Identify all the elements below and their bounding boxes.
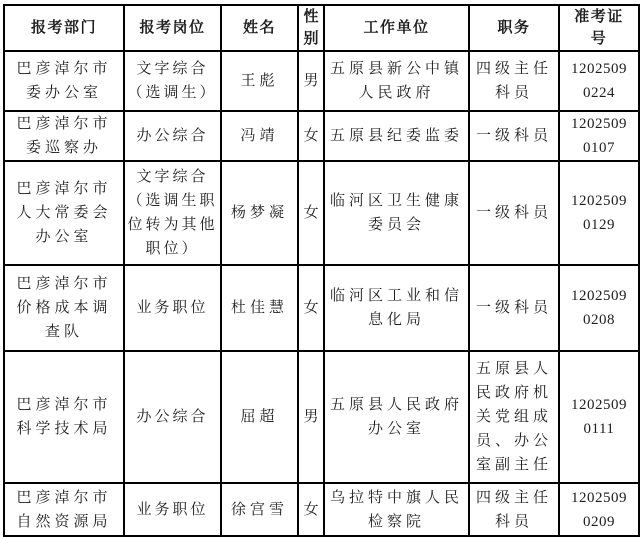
cell-name: 杜佳慧 [221, 265, 298, 351]
header-department: 报考部门 [4, 5, 124, 51]
header-name: 姓名 [221, 5, 298, 51]
cell-admission-no: 12025090209 [559, 483, 639, 536]
cell-department: 巴彦淖尔市科学技术局 [4, 351, 124, 483]
cell-department: 巴彦淖尔市自然资源局 [4, 483, 124, 536]
cell-department: 巴彦淖尔市人大常委会办公室 [4, 161, 124, 265]
cell-duty: 一级科员 [469, 111, 559, 161]
table-row: 巴彦淖尔市委巡察办 办公综合 冯靖 女 五原县纪委监委 一级科员 1202509… [4, 111, 639, 161]
cell-duty: 一级科员 [469, 161, 559, 265]
cell-name: 徐宫雪 [221, 483, 298, 536]
cell-gender: 女 [298, 161, 324, 265]
cell-position: 业务职位 [124, 483, 221, 536]
cell-duty: 一级科员 [469, 265, 559, 351]
cell-gender: 女 [298, 483, 324, 536]
cell-gender: 女 [298, 111, 324, 161]
cell-gender: 男 [298, 351, 324, 483]
cell-position: 办公综合 [124, 351, 221, 483]
cell-work-unit: 乌拉特中旗人民检察院 [324, 483, 469, 536]
cell-name: 屈超 [221, 351, 298, 483]
header-work-unit: 工作单位 [324, 5, 469, 51]
table-row: 巴彦淖尔市科学技术局 办公综合 屈超 男 五原县人民政府办公室 五原县人民政府机… [4, 351, 639, 483]
header-admission-no: 准考证号 [559, 5, 639, 51]
cell-gender: 男 [298, 51, 324, 111]
table-row: 巴彦淖尔市自然资源局 业务职位 徐宫雪 女 乌拉特中旗人民检察院 四级主任科员 … [4, 483, 639, 536]
cell-admission-no: 12025090107 [559, 111, 639, 161]
cell-work-unit: 五原县纪委监委 [324, 111, 469, 161]
cell-admission-no: 12025090129 [559, 161, 639, 265]
cell-position: 办公综合 [124, 111, 221, 161]
cell-department: 巴彦淖尔市价格成本调查队 [4, 265, 124, 351]
candidates-table: 报考部门 报考岗位 姓名 性别 工作单位 职务 准考证号 巴彦淖尔市委办公室 文… [3, 4, 640, 537]
header-duty: 职务 [469, 5, 559, 51]
cell-admission-no: 12025090224 [559, 51, 639, 111]
cell-work-unit: 临河区工业和信息化局 [324, 265, 469, 351]
cell-work-unit: 五原县人民政府办公室 [324, 351, 469, 483]
cell-admission-no: 12025090208 [559, 265, 639, 351]
cell-department: 巴彦淖尔市委巡察办 [4, 111, 124, 161]
cell-name: 杨梦凝 [221, 161, 298, 265]
cell-name: 冯靖 [221, 111, 298, 161]
cell-name: 王彪 [221, 51, 298, 111]
table-row: 巴彦淖尔市委办公室 文字综合（选调生） 王彪 男 五原县新公中镇人民政府 四级主… [4, 51, 639, 111]
document-page: 报考部门 报考岗位 姓名 性别 工作单位 职务 准考证号 巴彦淖尔市委办公室 文… [0, 0, 642, 534]
cell-admission-no: 12025090111 [559, 351, 639, 483]
header-row: 报考部门 报考岗位 姓名 性别 工作单位 职务 准考证号 [4, 5, 639, 51]
table-row: 巴彦淖尔市人大常委会办公室 文字综合（选调生职位转为其他职位） 杨梦凝 女 临河… [4, 161, 639, 265]
cell-duty: 五原县人民政府机关党组成员、办公室副主任 [469, 351, 559, 483]
cell-department: 巴彦淖尔市委办公室 [4, 51, 124, 111]
cell-gender: 女 [298, 265, 324, 351]
header-position: 报考岗位 [124, 5, 221, 51]
cell-duty: 四级主任科员 [469, 483, 559, 536]
cell-work-unit: 五原县新公中镇人民政府 [324, 51, 469, 111]
cell-work-unit: 临河区卫生健康委员会 [324, 161, 469, 265]
cell-duty: 四级主任科员 [469, 51, 559, 111]
table-row: 巴彦淖尔市价格成本调查队 业务职位 杜佳慧 女 临河区工业和信息化局 一级科员 … [4, 265, 639, 351]
cell-position: 文字综合（选调生） [124, 51, 221, 111]
header-gender: 性别 [298, 5, 324, 51]
cell-position: 业务职位 [124, 265, 221, 351]
cell-position: 文字综合（选调生职位转为其他职位） [124, 161, 221, 265]
